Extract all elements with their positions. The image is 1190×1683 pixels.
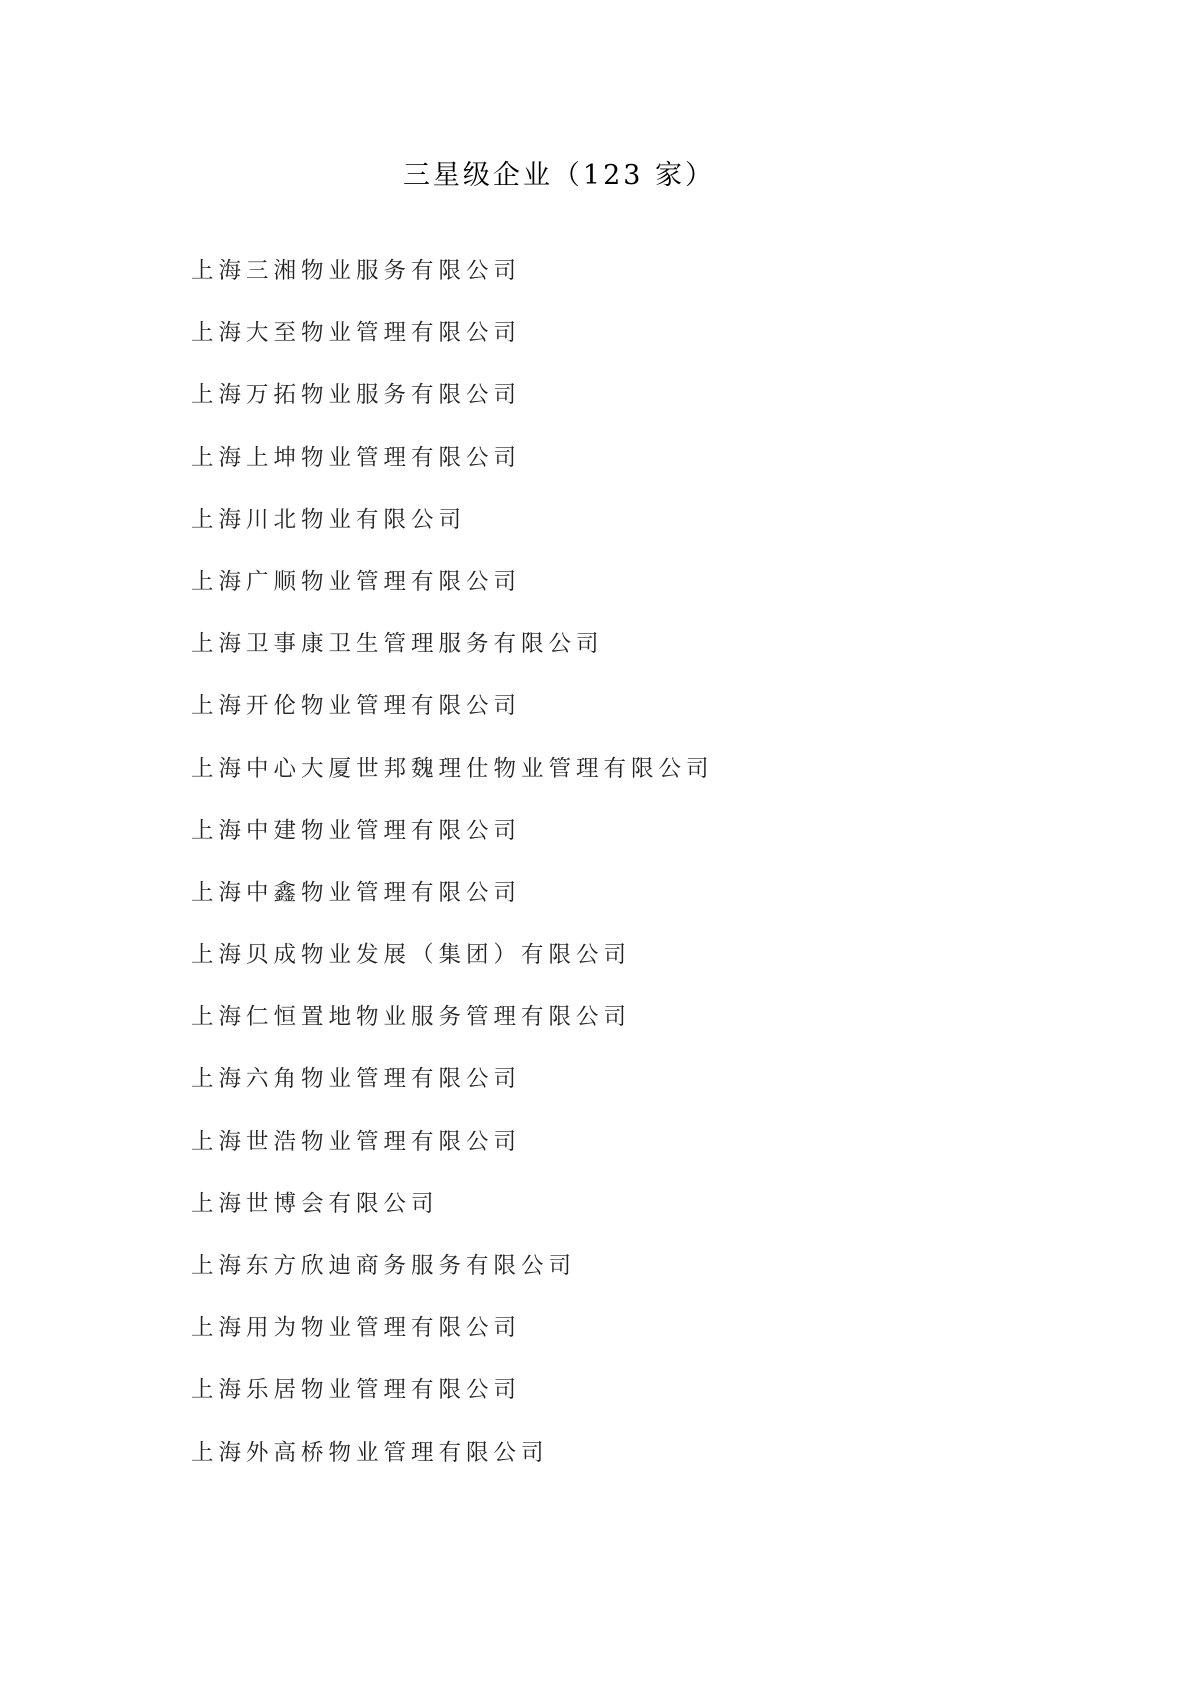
- list-item: 上海东方欣迪商务服务有限公司: [191, 1245, 714, 1307]
- company-list: 上海三湘物业服务有限公司 上海大至物业管理有限公司 上海万拓物业服务有限公司 上…: [191, 250, 714, 1494]
- list-item: 上海广顺物业管理有限公司: [191, 561, 714, 623]
- list-item: 上海仁恒置地物业服务管理有限公司: [191, 996, 714, 1058]
- list-item: 上海用为物业管理有限公司: [191, 1307, 714, 1369]
- list-item: 上海开伦物业管理有限公司: [191, 685, 714, 747]
- page-title: 三星级企业（123 家）: [0, 156, 1118, 196]
- list-item: 上海乐居物业管理有限公司: [191, 1369, 714, 1431]
- list-item: 上海上坤物业管理有限公司: [191, 437, 714, 499]
- list-item: 上海卫事康卫生管理服务有限公司: [191, 623, 714, 685]
- list-item: 上海六角物业管理有限公司: [191, 1058, 714, 1120]
- document-page: 三星级企业（123 家） 上海三湘物业服务有限公司 上海大至物业管理有限公司 上…: [0, 0, 1190, 1683]
- list-item: 上海中建物业管理有限公司: [191, 810, 714, 872]
- list-item: 上海大至物业管理有限公司: [191, 312, 714, 374]
- list-item: 上海世浩物业管理有限公司: [191, 1121, 714, 1183]
- list-item: 上海川北物业有限公司: [191, 499, 714, 561]
- list-item: 上海外高桥物业管理有限公司: [191, 1432, 714, 1494]
- list-item: 上海中鑫物业管理有限公司: [191, 872, 714, 934]
- list-item: 上海贝成物业发展（集团）有限公司: [191, 934, 714, 996]
- list-item: 上海万拓物业服务有限公司: [191, 374, 714, 436]
- list-item: 上海三湘物业服务有限公司: [191, 250, 714, 312]
- list-item: 上海中心大厦世邦魏理仕物业管理有限公司: [191, 748, 714, 810]
- list-item: 上海世博会有限公司: [191, 1183, 714, 1245]
